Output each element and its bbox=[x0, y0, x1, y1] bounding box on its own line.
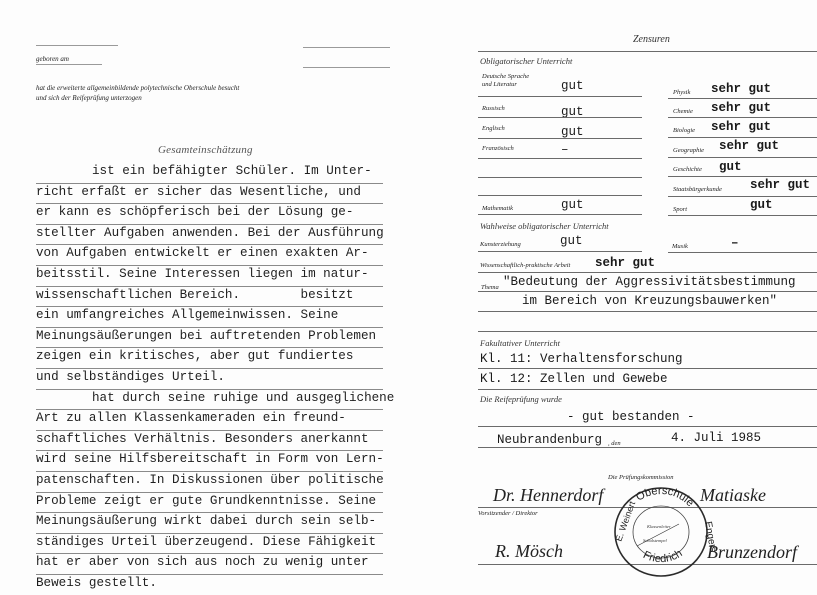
theme-line-2: im Bereich von Kreuzungsbauwerken" bbox=[522, 294, 777, 308]
born-label: geboren am bbox=[36, 55, 69, 63]
assessment-line: hat er aber von sich aus noch zu wenig u… bbox=[36, 554, 383, 575]
assessment-line: von Aufgaben entwickelt er einen exakten… bbox=[36, 245, 383, 266]
title-rule bbox=[478, 51, 817, 52]
svg-text:Schulstempel: Schulstempel bbox=[643, 538, 667, 543]
rule bbox=[478, 251, 642, 252]
grade-chemistry: sehr gut bbox=[711, 101, 771, 115]
assessment-line: Beweis gestellt. bbox=[36, 575, 383, 595]
assessment-line: Probleme zeigt er gute Grundkenntnisse. … bbox=[36, 493, 383, 514]
certificate-page: geboren am hat die erweiterte allgemeinb… bbox=[0, 0, 817, 595]
rule bbox=[478, 447, 817, 448]
assessment-line: beitsstil. Seine Interessen liegen im na… bbox=[36, 266, 383, 287]
facultative-heading: Fakultativer Unterricht bbox=[480, 338, 560, 348]
name-line bbox=[36, 45, 118, 46]
assessment-line: Meinungsäußerungen bei auftretenden Prob… bbox=[36, 328, 383, 349]
assessment-heading: Gesamteinschätzung bbox=[158, 144, 253, 156]
grade-music: – bbox=[731, 236, 739, 250]
facultative-item-1: Kl. 11: Verhaltensforschung bbox=[480, 352, 683, 366]
assessment-line: zeigen ein kritisches, aber gut fundiert… bbox=[36, 348, 383, 369]
rule bbox=[478, 311, 817, 312]
assessment-line: patenschaften. In Diskussionen über poli… bbox=[36, 472, 383, 493]
grade-math: gut bbox=[561, 198, 584, 212]
subject-label-math: Mathematik bbox=[482, 205, 513, 213]
grade-geography: sehr gut bbox=[719, 139, 779, 153]
rule bbox=[478, 272, 817, 273]
assessment-line: wird seine Hilfsbereitschaft in Form von… bbox=[36, 451, 383, 472]
elective-heading: Wahlweise obligatorischer Unterricht bbox=[480, 221, 609, 231]
rule bbox=[668, 176, 817, 177]
grades-title: Zensuren bbox=[633, 34, 670, 45]
assessment-line: schaftliches Verhältnis. Besonders anerk… bbox=[36, 431, 383, 452]
place: Neubrandenburg bbox=[497, 433, 602, 447]
rule bbox=[668, 117, 817, 118]
assessment-line: ein umfangreiches Allgemeinwissen. Seine bbox=[36, 307, 383, 328]
born-line bbox=[36, 64, 102, 65]
assessment-line: ständiges Urteil überzeugend. Diese Fähi… bbox=[36, 534, 383, 555]
rule bbox=[668, 252, 817, 253]
date: 4. Juli 1985 bbox=[671, 431, 761, 445]
assessment-line: Art zu allen Klassenkameraden ein freund… bbox=[36, 410, 383, 431]
grade-history: gut bbox=[719, 160, 742, 174]
right-top-line-1 bbox=[303, 47, 390, 48]
grade-physics: sehr gut bbox=[711, 82, 771, 96]
subject-label-music: Musik bbox=[672, 243, 688, 251]
svg-text:Oberschule: Oberschule bbox=[634, 485, 696, 509]
subject-label-history: Geschichte bbox=[673, 166, 702, 174]
grade-civics: sehr gut bbox=[750, 178, 810, 192]
svg-text:Friedrich: Friedrich bbox=[641, 547, 684, 565]
subject-label-russian: Russisch bbox=[482, 105, 505, 113]
grade-biology: sehr gut bbox=[711, 120, 771, 134]
signature-4: Brunzendorf bbox=[707, 542, 797, 563]
subject-label-chemistry: Chemie bbox=[673, 108, 693, 116]
grade-german: gut bbox=[561, 79, 584, 93]
assessment-line: hat durch seine ruhige und ausgeglichene bbox=[36, 390, 383, 411]
signature-3: R. Mösch bbox=[495, 541, 563, 562]
rule bbox=[478, 426, 817, 427]
intro-text: hat die erweiterte allgemeinbildende pol… bbox=[36, 82, 306, 104]
subject-label-german: Deutsche Sprache und Literatur bbox=[482, 73, 529, 89]
assessment-line: er kann es schöpferisch bei der Lösung g… bbox=[36, 204, 383, 225]
rule bbox=[478, 389, 817, 390]
subject-label-civics: Staatsbürgerkunde bbox=[673, 186, 722, 194]
rule bbox=[478, 291, 817, 292]
chair-label: Vorsitzender / Direktor bbox=[478, 510, 538, 518]
assessment-line: richt erfaßt er sicher das Wesentliche, … bbox=[36, 184, 383, 205]
rule bbox=[478, 96, 642, 97]
grade-art: gut bbox=[560, 234, 583, 248]
rule bbox=[478, 195, 642, 196]
assessment-line: ist ein befähigter Schüler. Im Unter- bbox=[36, 163, 383, 184]
subject-label-geography: Geographie bbox=[673, 147, 704, 155]
science-work-grade: sehr gut bbox=[595, 256, 655, 270]
grade-sport: gut bbox=[750, 198, 773, 212]
rule bbox=[478, 177, 642, 178]
theme-line-1: "Bedeutung der Aggressivitätsbestimmung bbox=[503, 275, 796, 289]
subject-label-art: Kunsterziehung bbox=[480, 241, 521, 249]
rule bbox=[478, 331, 817, 332]
facultative-item-2: Kl. 12: Zellen und Gewebe bbox=[480, 372, 668, 386]
obligatory-heading: Obligatorischer Unterricht bbox=[480, 56, 572, 66]
rule bbox=[478, 138, 642, 139]
assessment-line: stellter Aufgaben anwenden. Bei der Ausf… bbox=[36, 225, 383, 246]
rule bbox=[668, 98, 817, 99]
assessment-line: Meinungsäußerung wirkt dabei durch sein … bbox=[36, 513, 383, 534]
assessment-text: ist ein befähigter Schüler. Im Unter-ric… bbox=[36, 163, 416, 594]
school-stamp-icon: Oberschule Friedrich E. Weinert Engels K… bbox=[607, 480, 715, 580]
grade-french: – bbox=[561, 143, 569, 157]
science-work-label: Wissenschaftlich-praktische Arbeit bbox=[480, 262, 570, 270]
rule bbox=[478, 368, 817, 369]
rule bbox=[668, 196, 817, 197]
rule bbox=[668, 215, 817, 216]
rule bbox=[478, 117, 642, 118]
assessment-line: und selbständiges Urteil. bbox=[36, 369, 383, 390]
exam-result: - gut bestanden - bbox=[567, 410, 695, 424]
subject-label-french: Französisch bbox=[482, 145, 514, 153]
subject-label-english: Englisch bbox=[482, 125, 505, 133]
grade-english: gut bbox=[561, 125, 584, 139]
subject-label-sport: Sport bbox=[673, 206, 687, 214]
subject-label-biology: Biologie bbox=[673, 127, 695, 135]
rule bbox=[478, 158, 642, 159]
right-top-line-2 bbox=[303, 67, 390, 68]
signature-chair: Dr. Hennerdorf bbox=[493, 485, 603, 506]
rule bbox=[668, 157, 817, 158]
assessment-line: wissenschaftlichen Bereich. besitzt bbox=[36, 287, 383, 308]
svg-text:Klassenleiter: Klassenleiter bbox=[646, 524, 671, 529]
subject-label-physics: Physik bbox=[673, 89, 690, 97]
rule bbox=[668, 137, 817, 138]
exam-heading: Die Reifeprüfung wurde bbox=[480, 394, 562, 404]
rule bbox=[478, 214, 642, 215]
